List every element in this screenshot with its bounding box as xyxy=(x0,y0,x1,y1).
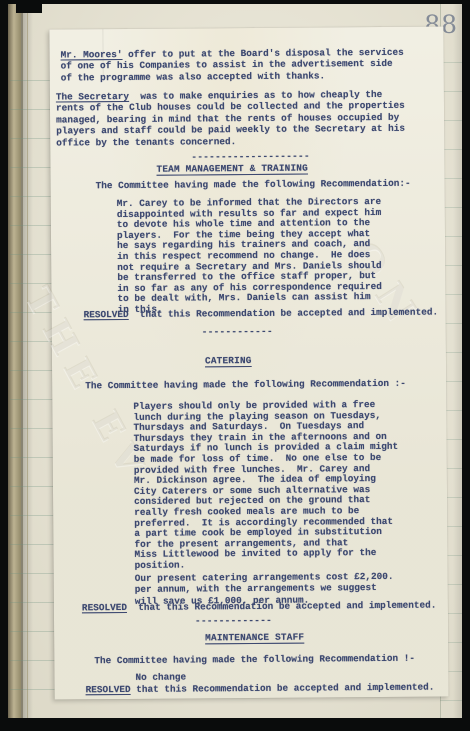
resolved-label: RESOLVED xyxy=(82,602,127,613)
heading-text: TEAM MANAGEMENT & TRAINING xyxy=(156,163,308,175)
section-heading-maintenance-staff: MAINTENANCE STAFF xyxy=(205,633,304,644)
heading-text: CATERING xyxy=(205,355,252,366)
moores-lead: Mr. Moores' xyxy=(61,49,123,60)
minute-sheet: THE EV ON Mr. Moores' offer to put at th… xyxy=(49,26,448,699)
secretary-lead: The Secretary xyxy=(56,91,129,103)
section-heading-catering: CATERING xyxy=(205,356,252,367)
resolved-text: that this Recommendation be accepted and… xyxy=(129,307,439,320)
committee-line: The Committee having made the following … xyxy=(85,379,406,392)
resolved-text: that this Recommendation be accepted and… xyxy=(131,682,435,695)
moores-paragraph: Mr. Moores' offer to put at the Board's … xyxy=(61,47,404,84)
page-edge-shading xyxy=(453,4,462,718)
recommendation-body: No change xyxy=(135,673,186,684)
resolved-line: RESOLVED that this Recommendation be acc… xyxy=(82,601,437,614)
committee-line: The Committee having made the following … xyxy=(94,654,415,667)
recommendation-body: Mr. Carey to be informed that the Direct… xyxy=(117,197,382,316)
recommendation-body: Players should only be provided with a f… xyxy=(133,400,399,572)
committee-line: The Committee having made the following … xyxy=(96,179,411,192)
ledger-page: 88 THE EV ON Mr. Moores' offer to put at… xyxy=(8,4,462,718)
heading-text: MAINTENANCE STAFF xyxy=(205,632,304,644)
border-notch xyxy=(16,4,42,13)
resolved-label: RESOLVED xyxy=(84,309,129,320)
scanned-minute-book-page: { "page": { "number": "88" }, "colors": … xyxy=(0,0,470,731)
resolved-line: RESOLVED that this Recommendation be acc… xyxy=(84,308,439,321)
resolved-text: that this Recommendation be accepted and… xyxy=(127,600,437,613)
separator-dashes: -------------------- xyxy=(191,152,310,164)
resolved-line: RESOLVED that this Recommendation be acc… xyxy=(86,683,435,696)
ledger-margin-line-left xyxy=(27,4,28,718)
separator-dashes: ------------ xyxy=(202,327,273,338)
separator-dashes: ------------- xyxy=(195,616,272,627)
section-heading-team-management: TEAM MANAGEMENT & TRAINING xyxy=(156,164,308,176)
resolved-label: RESOLVED xyxy=(86,684,131,695)
secretary-paragraph: The Secretary was to make enquiries as t… xyxy=(56,89,405,149)
